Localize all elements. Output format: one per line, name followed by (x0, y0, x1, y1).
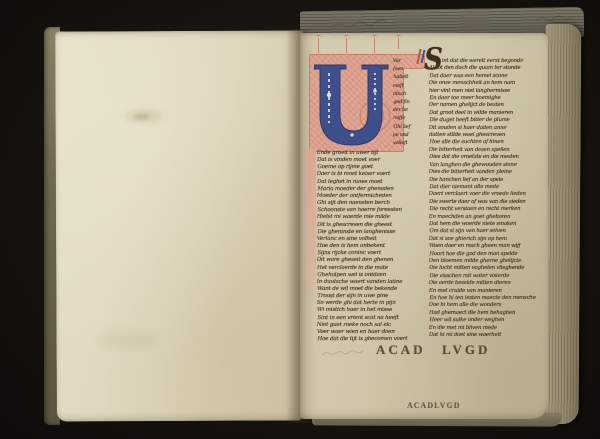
manuscript-line: Die aerde beseide mitten dieren (429, 280, 545, 288)
manuscript-line: Ghi lief (393, 123, 425, 131)
left-page (55, 30, 305, 421)
manuscript-line: En die met mi bliven mede (429, 325, 545, 333)
penwork-sprig (374, 38, 375, 53)
penwork-sprig (398, 38, 399, 49)
manuscript-line: Die bitterheit van desen spellen (429, 147, 545, 155)
manuscript-line: miſſe (393, 114, 425, 122)
penwork-sprig (318, 38, 319, 53)
illuminated-initial-icon (314, 63, 390, 147)
penwork-sprig (346, 38, 347, 53)
manuscript-line: Dat hi mi doet sine waerheit (429, 332, 545, 339)
column1-wrap-lines: Vorſoenhabeltmeſtdinchgod ſinder hemiſſe… (393, 57, 425, 147)
text-column-1: Ende groeit in uwer tijtDat is vinden mo… (317, 150, 427, 343)
manuscript-line: Het verclaerde in die mate (317, 265, 427, 272)
manuscript-line: habelt (393, 73, 425, 81)
manuscript-line: So werde ghi dat herte in pijn (317, 300, 427, 307)
manuscript-line: Al tot den dach die quam ter stonde (429, 65, 545, 72)
manuscript-line: dinch (393, 90, 425, 98)
library-stamp-acad: ACAD (376, 342, 426, 358)
manuscript-line: Die recht verstaen en recht merken (429, 206, 545, 214)
right-page: Vorſoenhabeltmeſtdinchgod ſinder hemiſſe… (300, 33, 548, 419)
penwork-margin-strip (306, 149, 316, 309)
manuscript-line: Die duget heeft bitter de plume (429, 117, 545, 125)
parchment-stain (134, 113, 150, 120)
manuscript-line: Die lucht mitten voghelen vlieghende (429, 265, 545, 272)
manuscript-line: Waen daer en mach gheen man wijf (429, 243, 545, 250)
manuscript-line: En maechden an goet gheboren (429, 213, 545, 221)
manuscript-line: Der namen ghelijct de besten (429, 102, 545, 110)
manuscript-line: Daer is bi moet keiser voert (317, 171, 427, 178)
manuscript-line: Die hanchen lief an der spele (429, 177, 545, 184)
manuscript-line: Doe hi hem alle die wonders (429, 302, 545, 310)
manuscript-line: Moeder der ontfermicheden (317, 193, 427, 200)
manuscript-line: int dat die werelt eerst begonde (429, 58, 545, 66)
manuscript-line: Sint in een vrient scat na heeft (317, 314, 427, 321)
manuscript-line: Dies dat die vroetste en die mesten (429, 154, 545, 161)
manuscript-line: Heer wil sulke onder weghen (429, 317, 545, 325)
manuscript-line: Hielst mi waerde mie milde (317, 214, 427, 221)
manuscript-line: Wi mistich haer in het misse (317, 307, 427, 314)
manuscript-line: Dat leghet in nuwe moet (317, 179, 427, 186)
manuscript-line: Gheholpen wel is ontdaen (317, 272, 427, 279)
manuscript-line: Dat si soe ghierich sijn op hem (429, 236, 545, 244)
manuscript-photo: Vorſoenhabeltmeſtdinchgod ſinder hemiſſe… (0, 0, 600, 439)
manuscript-line: Die gheninste en langhenisse (317, 229, 427, 236)
manuscript-line: volleſt (393, 139, 425, 147)
parchment-stain (96, 331, 156, 349)
manuscript-line: Die onse menschheit an hem nam (429, 80, 545, 88)
manuscript-line: meſt (393, 82, 425, 90)
manuscript-line: Dit ware gheseit den ghenen (317, 257, 427, 264)
manuscript-line: Dies die bitterheit vanden pleine (429, 169, 545, 177)
faint-inscription-scribble (320, 350, 368, 358)
edge-inscription-scribble (330, 18, 390, 33)
manuscript-line: En met cruide van manieren (429, 288, 545, 295)
library-stamp-bottom: ACADLVGD (407, 401, 461, 410)
manuscript-line: pe vnd (393, 131, 425, 139)
manuscript-line: der he (393, 106, 425, 114)
library-stamp-lvgd: LVGD (442, 342, 490, 358)
manuscript-line: Dit souden si haer daden anne (429, 125, 545, 133)
manuscript-line: Om dat si sijn van haer selven (429, 228, 545, 236)
manuscript-line: In duutsche waert vanden latine (317, 279, 427, 286)
manuscript-line: Hoe alle die suchten af hinen (429, 139, 545, 147)
manuscript-line: Verlanc en sine volheit (317, 236, 427, 243)
book-fore-edge (543, 24, 582, 424)
manuscript-line: Dit is ghescreven die gheest (317, 222, 427, 229)
manuscript-line: Niet guet roeke noch sal elc (317, 322, 427, 329)
manuscript-line: Den bloemen milde gherne ghelijcte (429, 258, 545, 266)
text-column-2: int dat die werelt eerst begondeAl tot d… (429, 58, 545, 339)
manuscript-line: Daert verclaert voer die vroede lieden (429, 191, 545, 199)
manuscript-line: Ende groeit in uwer tijt (317, 150, 427, 157)
